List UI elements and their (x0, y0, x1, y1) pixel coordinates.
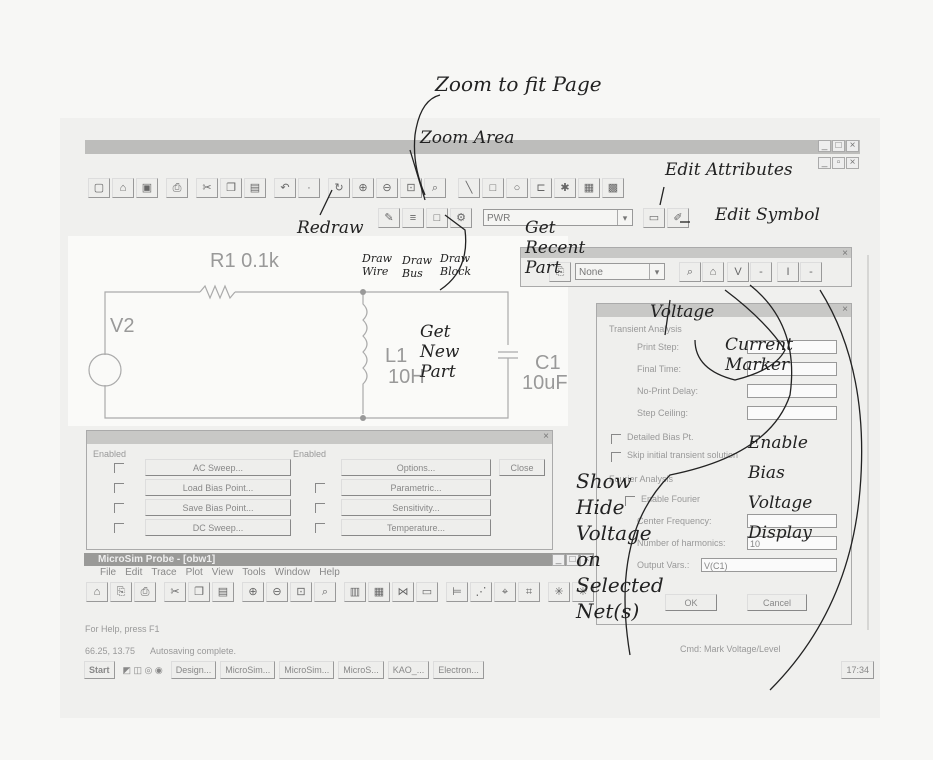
output-vars-input[interactable]: V(C1) (701, 558, 837, 572)
doc-close-button[interactable]: × (846, 157, 859, 169)
analysis-setup-title: × (87, 431, 552, 444)
draw-block-icon[interactable]: □ (426, 208, 448, 228)
l1-name: L1 (385, 345, 407, 368)
clock: 17:34 (841, 661, 874, 679)
paste-icon[interactable]: ▤ (212, 582, 234, 602)
performance-icon[interactable]: ⋈ (392, 582, 414, 602)
annotation-get-recent-part: Get Recent Part (525, 218, 595, 278)
options-button[interactable]: Options... (341, 459, 491, 476)
ac-sweep-checkbox[interactable] (114, 463, 124, 473)
menu-file[interactable]: File (100, 567, 116, 578)
no-print-delay-input[interactable] (747, 384, 837, 398)
probe-icon[interactable]: ▩ (602, 178, 624, 198)
draw-arc-icon[interactable]: ╲ (458, 178, 480, 198)
zoom-in-icon[interactable]: ⊕ (352, 178, 374, 198)
task-design[interactable]: Design... (171, 661, 217, 679)
zoom-area-icon[interactable]: ⊡ (290, 582, 312, 602)
annotation-get-new-part: Get New Part (420, 322, 480, 382)
menu-window[interactable]: Window (275, 567, 311, 578)
annotation-draw-wire: Draw Wire (362, 252, 392, 278)
annotation-voltage: Voltage (650, 302, 714, 322)
annotation-zoom-area: Zoom Area (420, 128, 514, 148)
final-time-label: Final Time: (637, 364, 681, 374)
open-file-icon[interactable]: ⌂ (112, 178, 134, 198)
fourier-icon[interactable]: ▦ (368, 582, 390, 602)
probe-minimize-button[interactable]: _ (552, 554, 565, 566)
maximize-button[interactable]: □ (832, 140, 845, 152)
draw-circle-icon[interactable]: ○ (506, 178, 528, 198)
draw-box-icon[interactable]: □ (482, 178, 504, 198)
cursor-icon[interactable]: ⋰ (470, 582, 492, 602)
chevron-down-icon[interactable]: ▾ (617, 210, 632, 225)
enable-bias-display-icon[interactable]: ⌕ (679, 262, 701, 282)
zoom-out-icon[interactable]: ⊖ (266, 582, 288, 602)
edit-symbol-icon[interactable]: ✐ (667, 208, 689, 228)
temperature-checkbox[interactable] (315, 523, 325, 533)
zoom-area-icon[interactable]: ⊡ (400, 178, 422, 198)
show-selected-voltage-icon[interactable]: ⌂ (702, 262, 724, 282)
zoom-fit-icon[interactable]: ⌕ (314, 582, 336, 602)
simulate-icon[interactable]: ▦ (578, 178, 600, 198)
sensitivity-checkbox[interactable] (315, 503, 325, 513)
ok-button[interactable]: OK (665, 594, 717, 611)
step-ceiling-label: Step Ceiling: (637, 408, 688, 418)
task-microsim-1[interactable]: MicroSim... (220, 661, 275, 679)
copy-icon[interactable]: ❐ (220, 178, 242, 198)
zoom-to-fit-icon[interactable]: ⌕ (424, 178, 446, 198)
open-icon[interactable]: ⌂ (86, 582, 108, 602)
print-icon[interactable]: ⎙ (166, 178, 188, 198)
voltage-marker-button[interactable]: V (727, 262, 749, 282)
save-bias-point-button[interactable]: Save Bias Point... (145, 499, 291, 516)
chevron-down-icon[interactable]: ▾ (649, 264, 664, 279)
cut-icon[interactable]: ✂ (196, 178, 218, 198)
transient-title: × (597, 304, 851, 317)
doc-restore-button[interactable]: ▫ (832, 157, 845, 169)
start-button[interactable]: Start (84, 661, 115, 679)
detailed-bias-label: Detailed Bias Pt. (627, 432, 694, 442)
parametric-button[interactable]: Parametric... (341, 479, 491, 496)
status-message: Autosaving complete. (150, 646, 236, 656)
part-combo-value: PWR (487, 213, 510, 224)
edit-attributes-icon[interactable]: ▭ (643, 208, 665, 228)
menu-trace[interactable]: Trace (151, 567, 176, 578)
task-micros[interactable]: MicroS... (338, 661, 384, 679)
annotation-edit-attributes: Edit Attributes (665, 160, 793, 180)
analysis-setup-dialog: × Enabled Enabled AC Sweep... Load Bias … (86, 430, 553, 550)
close-button[interactable]: × (846, 140, 859, 152)
redo-icon[interactable]: · (298, 178, 320, 198)
transient-group-label: Transient Analysis (609, 324, 682, 334)
append-icon[interactable]: ⎘ (110, 582, 132, 602)
cancel-button[interactable]: Cancel (747, 594, 807, 611)
ac-sweep-button[interactable]: AC Sweep... (145, 459, 291, 476)
get-new-part-icon[interactable]: ⚙ (450, 208, 472, 228)
dc-sweep-button[interactable]: DC Sweep... (145, 519, 291, 536)
copy-icon[interactable]: ❐ (188, 582, 210, 602)
menu-help[interactable]: Help (319, 567, 340, 578)
setup-icon[interactable]: ✱ (554, 178, 576, 198)
zoom-out-icon[interactable]: ⊖ (376, 178, 398, 198)
attribute-toolbar: ▭ ✐ (643, 208, 689, 228)
draw-polyline-icon[interactable]: ⊏ (530, 178, 552, 198)
parametric-checkbox[interactable] (315, 483, 325, 493)
new-file-icon[interactable]: ▢ (88, 178, 110, 198)
paste-icon[interactable]: ▤ (244, 178, 266, 198)
probe-toolbar: ⌂ ⎘ ⎙ ✂ ❐ ▤ ⊕ ⊖ ⊡ ⌕ ▥ ▦ ⋈ ▭ ⊨ ⋰ ⌖ ⌗ ✳ ✳ (86, 582, 594, 602)
temperature-button[interactable]: Temperature... (341, 519, 491, 536)
schematic-canvas[interactable] (68, 236, 568, 426)
menu-edit[interactable]: Edit (125, 567, 142, 578)
log-x-icon[interactable]: ▥ (344, 582, 366, 602)
draw-wire-icon[interactable]: ✎ (378, 208, 400, 228)
close-button[interactable]: Close (499, 459, 545, 476)
detailed-bias-checkbox[interactable] (611, 434, 621, 444)
undo-icon[interactable]: ↶ (274, 178, 296, 198)
close-icon[interactable]: × (842, 248, 848, 259)
draw-bus-icon[interactable]: ≡ (402, 208, 424, 228)
menu-view[interactable]: View (212, 567, 234, 578)
coords-readout: 66.25, 13.75 (85, 646, 135, 656)
step-ceiling-input[interactable] (747, 406, 837, 420)
add-trace-icon[interactable]: ⊨ (446, 582, 468, 602)
print-step-label: Print Step: (637, 342, 679, 352)
close-icon[interactable]: × (543, 431, 549, 442)
redraw-icon[interactable]: ↻ (328, 178, 350, 198)
zoom-in-icon[interactable]: ⊕ (242, 582, 264, 602)
annotation-enable-bias: Enable Bias Voltage Display (748, 428, 848, 548)
menu-tools[interactable]: Tools (242, 567, 265, 578)
sensitivity-button[interactable]: Sensitivity... (341, 499, 491, 516)
print-icon[interactable]: ⎙ (134, 582, 156, 602)
skip-initial-checkbox[interactable] (611, 452, 621, 462)
voltage-marker-dropdown[interactable]: - (750, 262, 772, 282)
enabled-header-left: Enabled (93, 449, 126, 459)
draw-toolbar: ✎ ≡ □ ⚙ (378, 208, 472, 228)
menu-plot[interactable]: Plot (186, 567, 203, 578)
annotation-show-hide-voltage: Show Hide Voltage on Selected Net(s) (576, 468, 656, 624)
cut-icon[interactable]: ✂ (164, 582, 186, 602)
no-print-delay-label: No-Print Delay: (637, 386, 698, 396)
r1-label: R1 0.1k (210, 250, 279, 273)
probe-status: For Help, press F1 (85, 624, 160, 634)
taskbar: Start ◩ ◫ ◎ ◉ Design... MicroSim... Micr… (84, 660, 874, 680)
quick-launch-icons[interactable]: ◩ ◫ ◎ ◉ (119, 662, 167, 678)
task-kao[interactable]: KAO_... (388, 661, 430, 679)
v2-label: V2 (110, 315, 134, 338)
annotation-edit-symbol: Edit Symbol (715, 205, 820, 225)
probe-menu-bar: File Edit Trace Plot View Tools Window H… (100, 567, 340, 578)
label-icon[interactable]: ⌗ (518, 582, 540, 602)
doc-minimize-button[interactable]: _ (818, 157, 831, 169)
skip-initial-label: Skip initial transient solution (627, 450, 738, 460)
enabled-header-right: Enabled (293, 449, 326, 459)
window-controls: _ □ × (818, 140, 859, 152)
task-microsim-2[interactable]: MicroSim... (279, 661, 334, 679)
save-icon[interactable]: ▣ (136, 178, 158, 198)
main-toolbar: ▢ ⌂ ▣ ⎙ ✂ ❐ ▤ ↶ · ↻ ⊕ ⊖ ⊡ ⌕ ╲ □ ○ ⊏ ✱ ▦ … (88, 178, 624, 198)
dc-sweep-checkbox[interactable] (114, 523, 124, 533)
mark-label-icon[interactable]: ⌖ (494, 582, 516, 602)
annotation-draw-block: Draw Block (440, 252, 470, 278)
annotation-redraw: Redraw (297, 218, 364, 238)
load-bias-point-button[interactable]: Load Bias Point... (145, 479, 291, 496)
current-marker-dropdown[interactable]: - (800, 262, 822, 282)
close-icon[interactable]: × (842, 304, 848, 315)
c1-value: 10uF (522, 372, 568, 395)
cursor-peak-icon[interactable]: ✳ (548, 582, 570, 602)
load-bias-checkbox[interactable] (114, 483, 124, 493)
annotation-current-marker: Current Marker (725, 335, 825, 375)
save-bias-checkbox[interactable] (114, 503, 124, 513)
minimize-button[interactable]: _ (818, 140, 831, 152)
annotation-zoom-to-fit: Zoom to fit Page (435, 72, 602, 96)
status-hint: Cmd: Mark Voltage/Level (680, 644, 781, 654)
probe-title-bar: MicroSim Probe - [obw1] (84, 553, 594, 566)
annotation-draw-bus: Draw Bus (402, 254, 432, 280)
document-controls: _ ▫ × (818, 157, 859, 169)
add-plot-icon[interactable]: ▭ (416, 582, 438, 602)
current-marker-button[interactable]: I (777, 262, 799, 282)
task-electron[interactable]: Electron... (433, 661, 484, 679)
